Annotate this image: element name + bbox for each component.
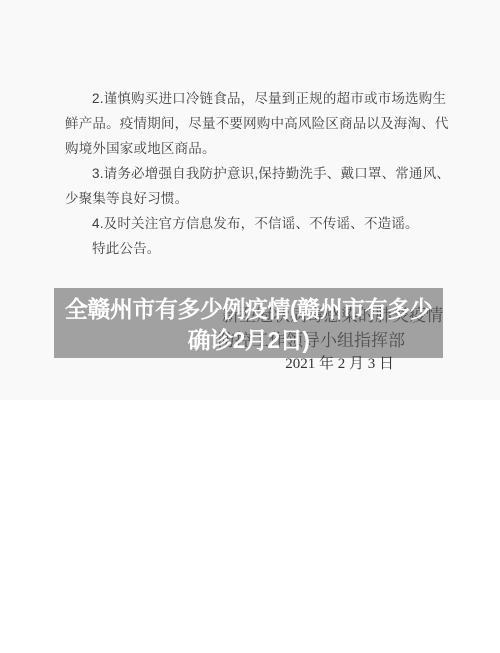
overlay-title-line-2: 确诊2月2日) bbox=[54, 325, 443, 356]
notice-line: 购境外国家或地区商品。 bbox=[65, 136, 449, 161]
notice-line: 2.谨慎购买进口冷链食品，尽量到正规的超市或市场选购生 bbox=[65, 86, 449, 111]
notice-line: 特此公告。 bbox=[65, 236, 449, 261]
notice-line: 4.及时关注官方信息发布，不信谣、不传谣、不造谣。 bbox=[65, 211, 449, 236]
notice-body: 2.谨慎购买进口冷链食品，尽量到正规的超市或市场选购生 鲜产品。疫情期间，尽量不… bbox=[65, 86, 449, 261]
overlay-title: 全赣州市有多少例疫情(赣州市有多少 确诊2月2日) bbox=[54, 288, 443, 358]
overlay-title-line-1: 全赣州市有多少例疫情(赣州市有多少 bbox=[54, 294, 443, 325]
notice-line: 鲜产品。疫情期间，尽量不要网购中高风险区商品以及海淘、代 bbox=[65, 111, 449, 136]
notice-line: 少聚集等良好习惯。 bbox=[65, 186, 449, 211]
notice-screenshot: 2.谨慎购买进口冷链食品，尽量到正规的超市或市场选购生 鲜产品。疫情期间，尽量不… bbox=[0, 0, 500, 653]
notice-line: 3.请务必增强自我防护意识,保持勤洗手、戴口罩、常通风、 bbox=[65, 161, 449, 186]
